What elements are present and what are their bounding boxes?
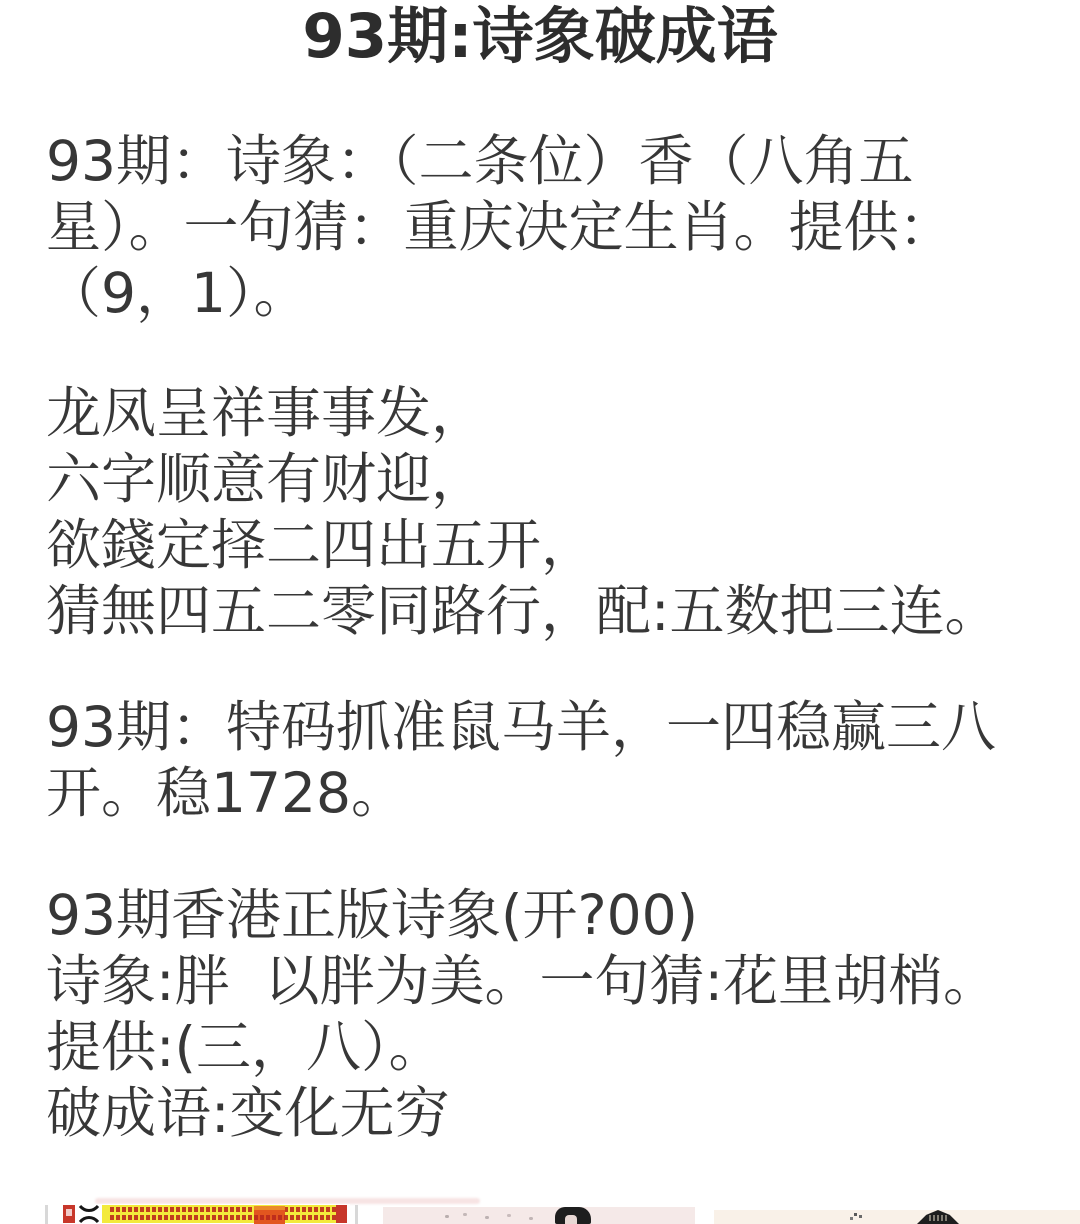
- text-line: 开。稳1728。: [46, 760, 1050, 826]
- poem-line: 猜無四五二零同路行，配:五数把三连。: [46, 578, 1050, 644]
- roof-icon: [917, 1210, 959, 1224]
- masthead-logo-icon: [77, 1204, 101, 1224]
- faint-sketch-marks: [445, 1215, 449, 1218]
- text-line: 破成语:变化无穷: [46, 1080, 1050, 1146]
- banner-highlight-box: [254, 1206, 285, 1224]
- text-line: 诗象:胖 以胖为美。一句猜:花里胡梢。: [46, 948, 1050, 1014]
- cartoon-figure-thumbnail[interactable]: [383, 1207, 695, 1224]
- hk-version-paragraph: 93期香港正版诗象(开?00) 诗象:胖 以胖为美。一句猜:花里胡梢。 提供:(…: [46, 882, 1050, 1146]
- illustration-thumbnail[interactable]: [714, 1210, 1080, 1224]
- banner-end-block: [336, 1205, 347, 1223]
- text-line: 93期：诗象：（二条位）香（八角五: [46, 128, 1050, 194]
- page-title: 93期:诗象破成语: [0, 0, 1080, 74]
- poem-line: 欲錢定择二四出五开，: [46, 512, 1050, 578]
- text-line: 星）。一句猜：重庆决定生肖。提供：: [46, 194, 1050, 260]
- poem-line: 六字顺意有财迎，: [46, 446, 1050, 512]
- special-code-paragraph: 93期：特码抓准鼠马羊，一四稳赢三八 开。稳1728。: [46, 694, 1050, 826]
- lottery-newspaper-thumbnail[interactable]: [60, 1204, 350, 1224]
- intro-paragraph: 93期：诗象：（二条位）香（八角五 星）。一句猜：重庆决定生肖。提供： （9，1…: [46, 128, 1050, 326]
- thumbnail-divider: [45, 1205, 48, 1224]
- poem-line: 龙凤呈祥事事发，: [46, 380, 1050, 446]
- text-line: 93期香港正版诗象(开?00): [46, 882, 1050, 948]
- ink-dots: [854, 1213, 857, 1216]
- poem-paragraph: 龙凤呈祥事事发， 六字顺意有财迎， 欲錢定择二四出五开， 猜無四五二零同路行，配…: [46, 380, 1050, 644]
- cartoon-hair-icon: [555, 1207, 591, 1224]
- text-line: 93期：特码抓准鼠马羊，一四稳赢三八: [46, 694, 1050, 760]
- text-line: 提供:(三，八）。: [46, 1014, 1050, 1080]
- thumbnail-divider: [355, 1205, 358, 1224]
- text-line: （9，1）。: [46, 260, 1050, 326]
- headline-banner: [102, 1205, 347, 1223]
- article-page: 93期:诗象破成语 93期：诗象：（二条位）香（八角五 星）。一句猜：重庆决定生…: [0, 0, 1080, 1224]
- red-seal-icon: [63, 1205, 75, 1223]
